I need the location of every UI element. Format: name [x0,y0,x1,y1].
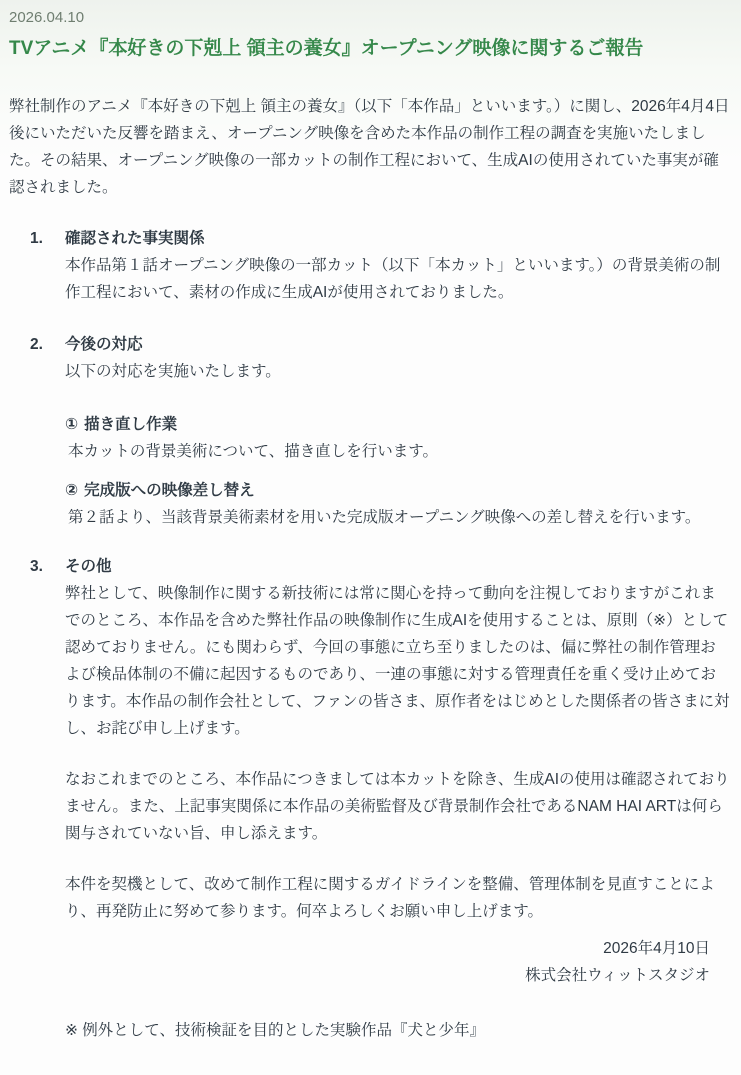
prevention-paragraph: 本件を契機として、改めて制作工程に関するガイドラインを整備、管理体制を見直すこと… [65,871,731,925]
footnote: ※ 例外として、技術検証を目的とした実験作品『犬と少年』 [65,1017,731,1044]
section-heading-row: 1. 確認された事実関係 [9,225,731,252]
page-title: TVアニメ『本好きの下剋上 領主の養女』オープニング映像に関するご報告 [9,36,731,61]
section-number: 3. [30,553,65,580]
section-number: 2. [30,331,65,358]
subitem-body: 第２話より、当該背景美術素材を用いた完成版オープニング映像への差し替えを行います… [68,504,731,531]
subitem-heading: 描き直し作業 [84,411,177,438]
subitem-redraw: ① 描き直し作業 本カットの背景美術について、描き直しを行います。 [65,411,731,465]
section-heading: 確認された事実関係 [65,225,205,252]
section-body: 弊社として、映像制作に関する新技術には常に関心を持って動向を注視しておりますがこ… [65,580,731,925]
section-facts: 1. 確認された事実関係 本作品第１話オープニング映像の一部カット（以下「本カッ… [9,225,731,306]
section-body: 以下の対応を実施いたします。 [65,358,731,385]
section-heading: その他 [65,553,112,580]
subitem-heading: 完成版への映像差し替え [84,477,255,504]
section-number: 1. [30,225,65,252]
signature-company: 株式会社ウィットスタジオ [9,962,710,989]
subitem-replace: ② 完成版への映像差し替え 第２話より、当該背景美術素材を用いた完成版オープニン… [65,477,731,531]
signature-date: 2026年4月10日 [9,935,710,962]
announcement-page: 2026.04.10 TVアニメ『本好きの下剋上 領主の養女』オープニング映像に… [0,0,741,1044]
subitem-body: 本カットの背景美術について、描き直しを行います。 [68,438,731,465]
apology-paragraph: 弊社として、映像制作に関する新技術には常に関心を持って動向を注視しておりますがこ… [65,580,731,742]
clarification-paragraph: なおこれまでのところ、本作品につきましては本カットを除き、生成AIの使用は確認さ… [65,766,731,847]
subitem-heading-row: ② 完成版への映像差し替え [65,477,731,504]
subitem-marker: ② [65,477,78,504]
subitem-heading-row: ① 描き直し作業 [65,411,731,438]
section-body: 本作品第１話オープニング映像の一部カット（以下「本カット」といいます。）の背景美… [65,252,731,306]
section-response: 2. 今後の対応 以下の対応を実施いたします。 ① 描き直し作業 本カットの背景… [9,331,731,531]
intro-paragraph: 弊社制作のアニメ『本好きの下剋上 領主の養女』（以下「本作品」といいます。）に関… [9,93,731,201]
signature-block: 2026年4月10日 株式会社ウィットスタジオ [9,935,731,989]
section-heading: 今後の対応 [65,331,143,358]
section-other: 3. その他 弊社として、映像制作に関する新技術には常に関心を持って動向を注視し… [9,553,731,925]
publish-date: 2026.04.10 [9,8,731,28]
section-heading-row: 3. その他 [9,553,731,580]
section-heading-row: 2. 今後の対応 [9,331,731,358]
subitem-marker: ① [65,411,78,438]
